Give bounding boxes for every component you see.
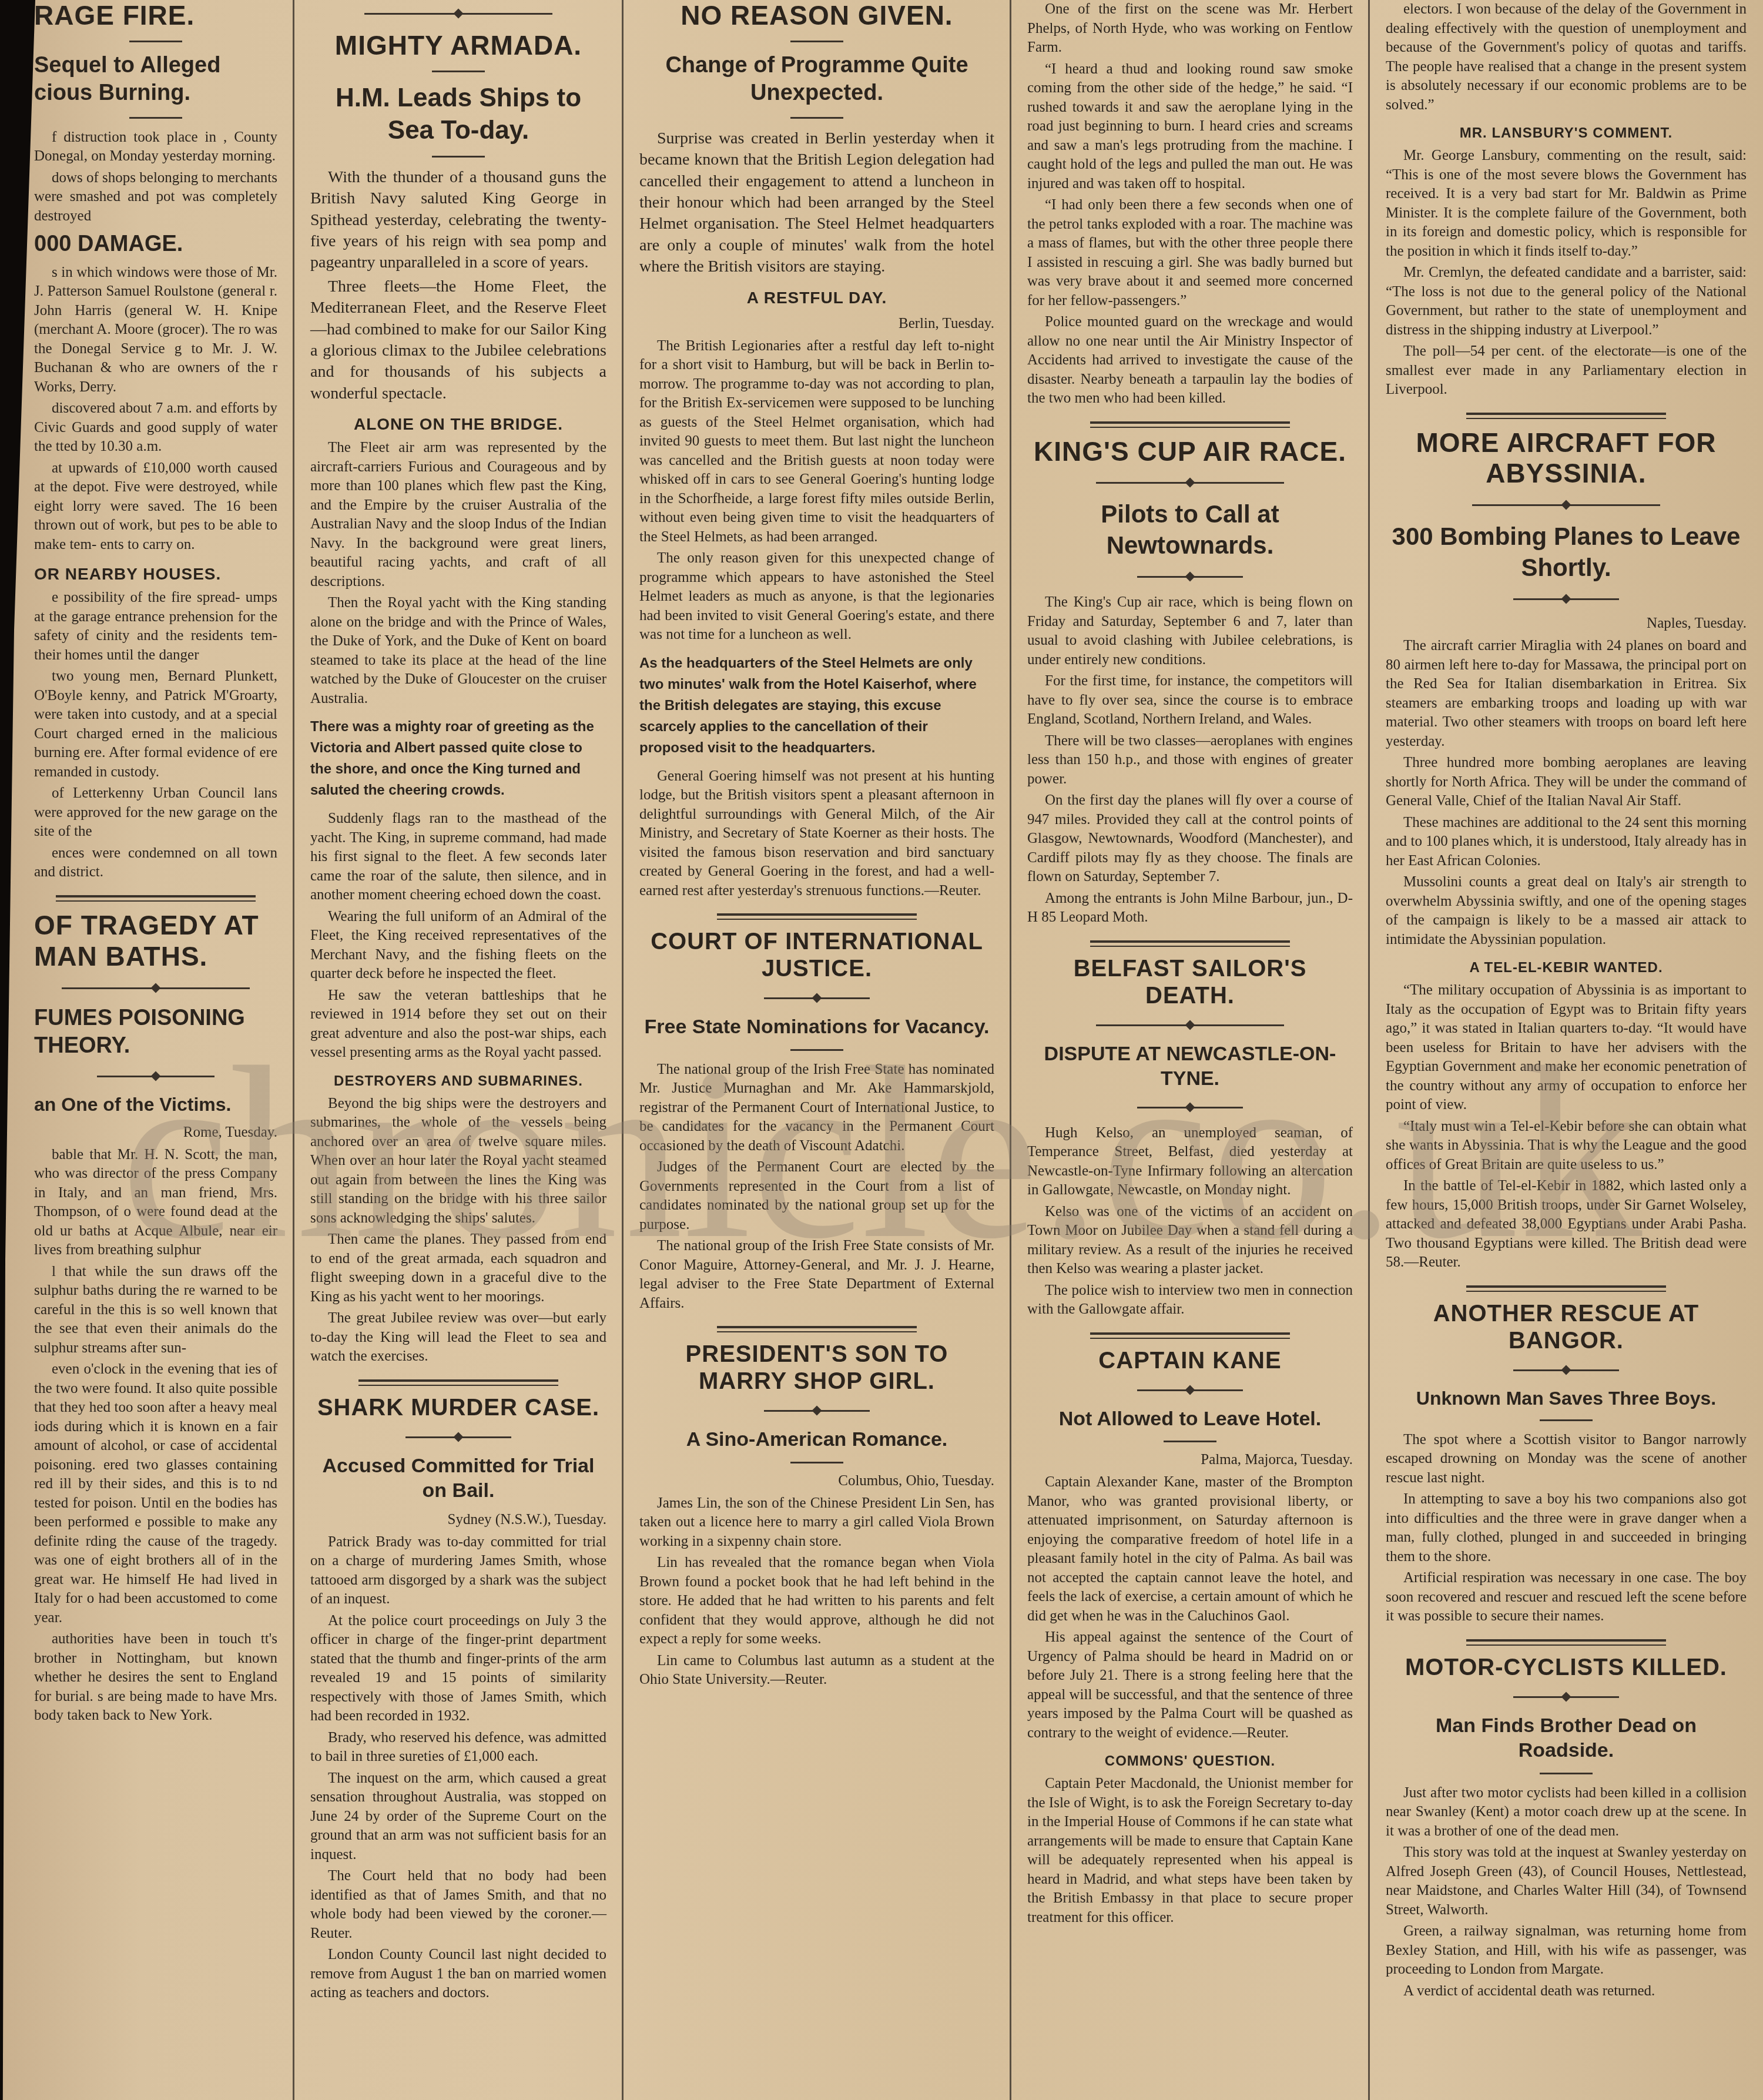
headline: RAGE FIRE.	[34, 0, 277, 31]
dateline: Berlin, Tuesday.	[639, 316, 994, 332]
paragraph: A verdict of accidental death was return…	[1386, 1982, 1747, 2001]
paragraph: Beyond the big ships were the destroyers…	[310, 1094, 606, 1228]
paragraph: Among the entrants is John Milne Barbour…	[1027, 889, 1353, 927]
divider	[1090, 1332, 1290, 1339]
paragraph: The national group of the Irish Free Sta…	[639, 1237, 994, 1313]
headline: MOTOR-CYCLISTS KILLED.	[1386, 1654, 1747, 1681]
paragraph: Artificial respiration was necessary in …	[1386, 1569, 1747, 1626]
paragraph: The only reason given for this unexpecte…	[639, 549, 994, 645]
paragraph: “I had only been there a few seconds whe…	[1027, 196, 1353, 310]
headline: OF TRAGEDY AT MAN BATHS.	[34, 910, 277, 972]
headline: KING'S CUP AIR RACE.	[1027, 436, 1353, 467]
subheadline: DISPUTE AT NEWCASTLE-ON-TYNE.	[1027, 1041, 1353, 1091]
column-1: RAGE FIRE. Sequel to Alleged cious Burni…	[18, 0, 294, 2100]
divider	[1466, 413, 1666, 419]
subheadline: Man Finds Brother Dead on Roadside.	[1386, 1713, 1747, 1763]
paragraph: Then came the planes. They passed from e…	[310, 1230, 606, 1307]
divider	[358, 1379, 558, 1386]
section-heading: ALONE ON THE BRIDGE.	[310, 415, 606, 434]
paragraph: The King's Cup air race, which is being …	[1027, 593, 1353, 669]
paragraph: Three fleets—the Home Fleet, the Mediter…	[310, 276, 606, 404]
column-5: electors. I won because of the delay of …	[1369, 0, 1763, 2100]
section-heading: MR. LANSBURY'S COMMENT.	[1386, 125, 1747, 142]
paragraph: at upwards of £10,000 worth caused at th…	[34, 459, 277, 555]
column-3: NO REASON GIVEN. Change of Programme Qui…	[623, 0, 1011, 2100]
paragraph: The poll—54 per cent. of the electorate—…	[1386, 342, 1747, 400]
subheadline: Sequel to Alleged cious Burning.	[34, 52, 277, 108]
divider	[790, 117, 843, 119]
paragraph: Patrick Brady was to-day committed for t…	[310, 1533, 606, 1609]
divider	[129, 117, 182, 119]
headline: COURT OF INTERNATIONAL JUSTICE.	[639, 928, 994, 982]
divider	[1466, 1639, 1666, 1646]
subheadline: Unknown Man Saves Three Boys.	[1386, 1386, 1747, 1410]
divider	[1540, 1419, 1593, 1421]
paragraph: Then the Royal yacht with the King stand…	[310, 594, 606, 708]
paragraph: General Goering himself was not present …	[639, 767, 994, 901]
paragraph: The great Jubilee review was over—but ea…	[310, 1309, 606, 1366]
paragraph: e possibility of the fire spread- umps a…	[34, 588, 277, 665]
divider	[432, 156, 485, 158]
subheadline: Accused Committed for Trial on Bail.	[310, 1453, 606, 1503]
paragraph: The inquest on the arm, which caused a g…	[310, 1769, 606, 1865]
divider	[432, 71, 485, 72]
subheadline: H.M. Leads Ships to Sea To-day.	[310, 82, 606, 146]
paragraph: The Court held that no body had been ide…	[310, 1867, 606, 1943]
paragraph: Judges of the Permanent Court are electe…	[639, 1158, 994, 1234]
paragraph: His appeal against the sentence of the C…	[1027, 1628, 1353, 1743]
divider	[717, 913, 917, 920]
paragraph: Hugh Kelso, an unemployed seaman, of Tem…	[1027, 1124, 1353, 1200]
paragraph: He saw the veteran battleships that he r…	[310, 986, 606, 1063]
divider	[129, 41, 182, 42]
headline: ANOTHER RESCUE AT BANGOR.	[1386, 1300, 1747, 1354]
section-heading: 000 DAMAGE.	[34, 230, 277, 259]
paragraph: Brady, who reserved his defence, was adm…	[310, 1729, 606, 1767]
headline: MORE AIRCRAFT FOR ABYSSINIA.	[1386, 427, 1747, 490]
paragraph: f distruction took place in , County Don…	[34, 128, 277, 166]
subheadline: Not Allowed to Leave Hotel.	[1027, 1406, 1353, 1432]
paragraph: In the battle of Tel-el-Kebir in 1882, w…	[1386, 1177, 1747, 1272]
section-heading: DESTROYERS AND SUBMARINES.	[310, 1073, 606, 1090]
ornament-divider	[1137, 1389, 1243, 1391]
subheadline: A Sino-American Romance.	[639, 1427, 994, 1452]
paragraph: discovered about 7 a.m. and efforts by C…	[34, 399, 277, 457]
paragraph: There will be two classes—aeroplanes wit…	[1027, 732, 1353, 789]
ornament-divider	[1096, 1024, 1284, 1026]
paragraph: The police wish to interview two men in …	[1027, 1281, 1353, 1319]
paragraph: In attempting to save a boy his two comp…	[1386, 1490, 1747, 1566]
paragraph: even o'clock in the evening that ies of …	[34, 1360, 277, 1627]
ornament-divider	[364, 13, 552, 15]
subheadline: an One of the Victims.	[34, 1093, 277, 1116]
column-4: One of the first on the scene was Mr. He…	[1011, 0, 1369, 2100]
ornament-divider	[405, 1436, 511, 1438]
paragraph: James Lin, the son of the Chinese Presid…	[639, 1494, 994, 1552]
headline: NO REASON GIVEN.	[639, 0, 994, 31]
divider	[1090, 421, 1290, 428]
subheadline: Free State Nominations for Vacancy.	[639, 1014, 994, 1040]
paragraph: Police mounted guard on the wreckage and…	[1027, 313, 1353, 408]
headline: CAPTAIN KANE	[1027, 1347, 1353, 1374]
subheadline: Change of Programme Quite Unexpected.	[639, 52, 994, 108]
paragraph: Lin came to Columbus last autumn as a st…	[639, 1652, 994, 1690]
newspaper-page: RAGE FIRE. Sequel to Alleged cious Burni…	[0, 0, 1763, 2100]
dateline: Rome, Tuesday.	[34, 1124, 277, 1141]
paragraph: At the police court proceedings on July …	[310, 1612, 606, 1726]
ornament-divider	[1472, 504, 1660, 506]
subheadline: Pilots to Call at Newtownards.	[1027, 499, 1353, 561]
paragraph: The aircraft carrier Miraglia with 24 pl…	[1386, 637, 1747, 751]
paragraph: Lin has revealed that the romance began …	[639, 1553, 994, 1649]
section-heading: COMMONS' QUESTION.	[1027, 1753, 1353, 1770]
paragraph: Just after two motor cyclists had been k…	[1386, 1784, 1747, 1841]
paragraph: The Fleet air arm was represented by the…	[310, 438, 606, 591]
paragraph: Mr. Cremlyn, the defeated candidate and …	[1386, 263, 1747, 340]
paragraph: Mussolini counts a great deal on Italy's…	[1386, 873, 1747, 949]
paragraph: electors. I won because of the delay of …	[1386, 0, 1747, 115]
paragraph: ences were condemned on all town and dis…	[34, 844, 277, 882]
paragraph: With the thunder of a thousand guns the …	[310, 167, 606, 274]
paragraph: These machines are additional to the 24 …	[1386, 813, 1747, 871]
divider	[717, 1326, 917, 1332]
ornament-divider	[764, 997, 870, 999]
ornament-divider	[1513, 598, 1619, 600]
ornament-divider	[62, 987, 250, 989]
paragraph: The British Legionaries after a restful …	[639, 337, 994, 547]
paragraph: Green, a railway signalman, was returnin…	[1386, 1922, 1747, 1980]
section-heading: A TEL-EL-KEBIR WANTED.	[1386, 960, 1747, 976]
paragraph: Wearing the full uniform of an Admiral o…	[310, 907, 606, 984]
paragraph: authorities have been in touch tt's brot…	[34, 1630, 277, 1726]
divider	[1540, 1773, 1593, 1774]
paragraph: For the first time, for instance, the co…	[1027, 672, 1353, 729]
paragraph: l that while the sun draws off the sulph…	[34, 1262, 277, 1358]
paragraph: two young men, Bernard Plunkett, O'Boyle…	[34, 667, 277, 782]
paragraph: s in which windows were those of Mr. J. …	[34, 263, 277, 397]
paragraph: Kelso was one of the victims of an accid…	[1027, 1203, 1353, 1279]
paragraph: “Italy must win a Tel-el-Kebir before sh…	[1386, 1117, 1747, 1175]
paragraph: London County Council last night decided…	[310, 1945, 606, 2003]
ornament-divider	[1513, 1369, 1619, 1371]
ornament-divider	[97, 1076, 214, 1077]
headline: SHARK MURDER CASE.	[310, 1394, 606, 1421]
divider	[790, 1049, 843, 1051]
paragraph: dows of shops belonging to merchants wer…	[34, 169, 277, 226]
paragraph: Suddenly flags ran to the masthead of th…	[310, 809, 606, 905]
paragraph: The national group of the Irish Free Sta…	[639, 1060, 994, 1156]
paragraph: “I heard a thud and looking round saw sm…	[1027, 60, 1353, 194]
subheadline: 300 Bombing Planes to Leave Shortly.	[1386, 521, 1747, 583]
paragraph: bable that Mr. H. N. Scott, the man, who…	[34, 1146, 277, 1260]
paragraph: This story was told at the inquest at Sw…	[1386, 1843, 1747, 1920]
divider	[1090, 940, 1290, 947]
column-2: MIGHTY ARMADA. H.M. Leads Ships to Sea T…	[294, 0, 623, 2100]
bold-paragraph: As the headquarters of the Steel Helmets…	[639, 653, 994, 759]
ornament-divider	[1096, 482, 1284, 484]
dateline: Naples, Tuesday.	[1386, 615, 1747, 632]
bold-paragraph: There was a mighty roar of greeting as t…	[310, 716, 606, 801]
paragraph: The spot where a Scottish visitor to Ban…	[1386, 1431, 1747, 1488]
subheadline: FUMES POISONING THEORY.	[34, 1004, 277, 1060]
ornament-divider	[1513, 1696, 1619, 1698]
dateline: Sydney (N.S.W.), Tuesday.	[310, 1512, 606, 1528]
headline: PRESIDENT'S SON TO MARRY SHOP GIRL.	[639, 1341, 994, 1395]
dateline: Palma, Majorca, Tuesday.	[1027, 1452, 1353, 1468]
ornament-divider	[1137, 1107, 1243, 1108]
ornament-divider	[1137, 576, 1243, 578]
divider	[790, 41, 843, 42]
paragraph: Three hundred more bombing aeroplanes ar…	[1386, 753, 1747, 811]
section-heading: A RESTFUL DAY.	[639, 289, 994, 307]
paragraph: Captain Alexander Kane, master of the Br…	[1027, 1473, 1353, 1626]
headline: BELFAST SAILOR'S DEATH.	[1027, 955, 1353, 1009]
divider	[1466, 1285, 1666, 1292]
paragraph: of Letterkenny Urban Council lans were a…	[34, 784, 277, 842]
paragraph: One of the first on the scene was Mr. He…	[1027, 0, 1353, 58]
paragraph: Captain Peter Macdonald, the Unionist me…	[1027, 1774, 1353, 1927]
dateline: Columbus, Ohio, Tuesday.	[639, 1473, 994, 1489]
headline: MIGHTY ARMADA.	[310, 30, 606, 61]
divider	[56, 895, 256, 902]
paragraph: Surprise was created in Berlin yesterday…	[639, 128, 994, 278]
divider	[1164, 1441, 1216, 1442]
section-heading: OR NEARBY HOUSES.	[34, 565, 277, 584]
paragraph: Mr. George Lansbury, commenting on the r…	[1386, 146, 1747, 261]
paragraph: “The military occupation of Abyssinia is…	[1386, 981, 1747, 1115]
paragraph: On the first day the planes will fly ove…	[1027, 791, 1353, 887]
divider	[790, 1462, 843, 1463]
ornament-divider	[764, 1410, 870, 1412]
